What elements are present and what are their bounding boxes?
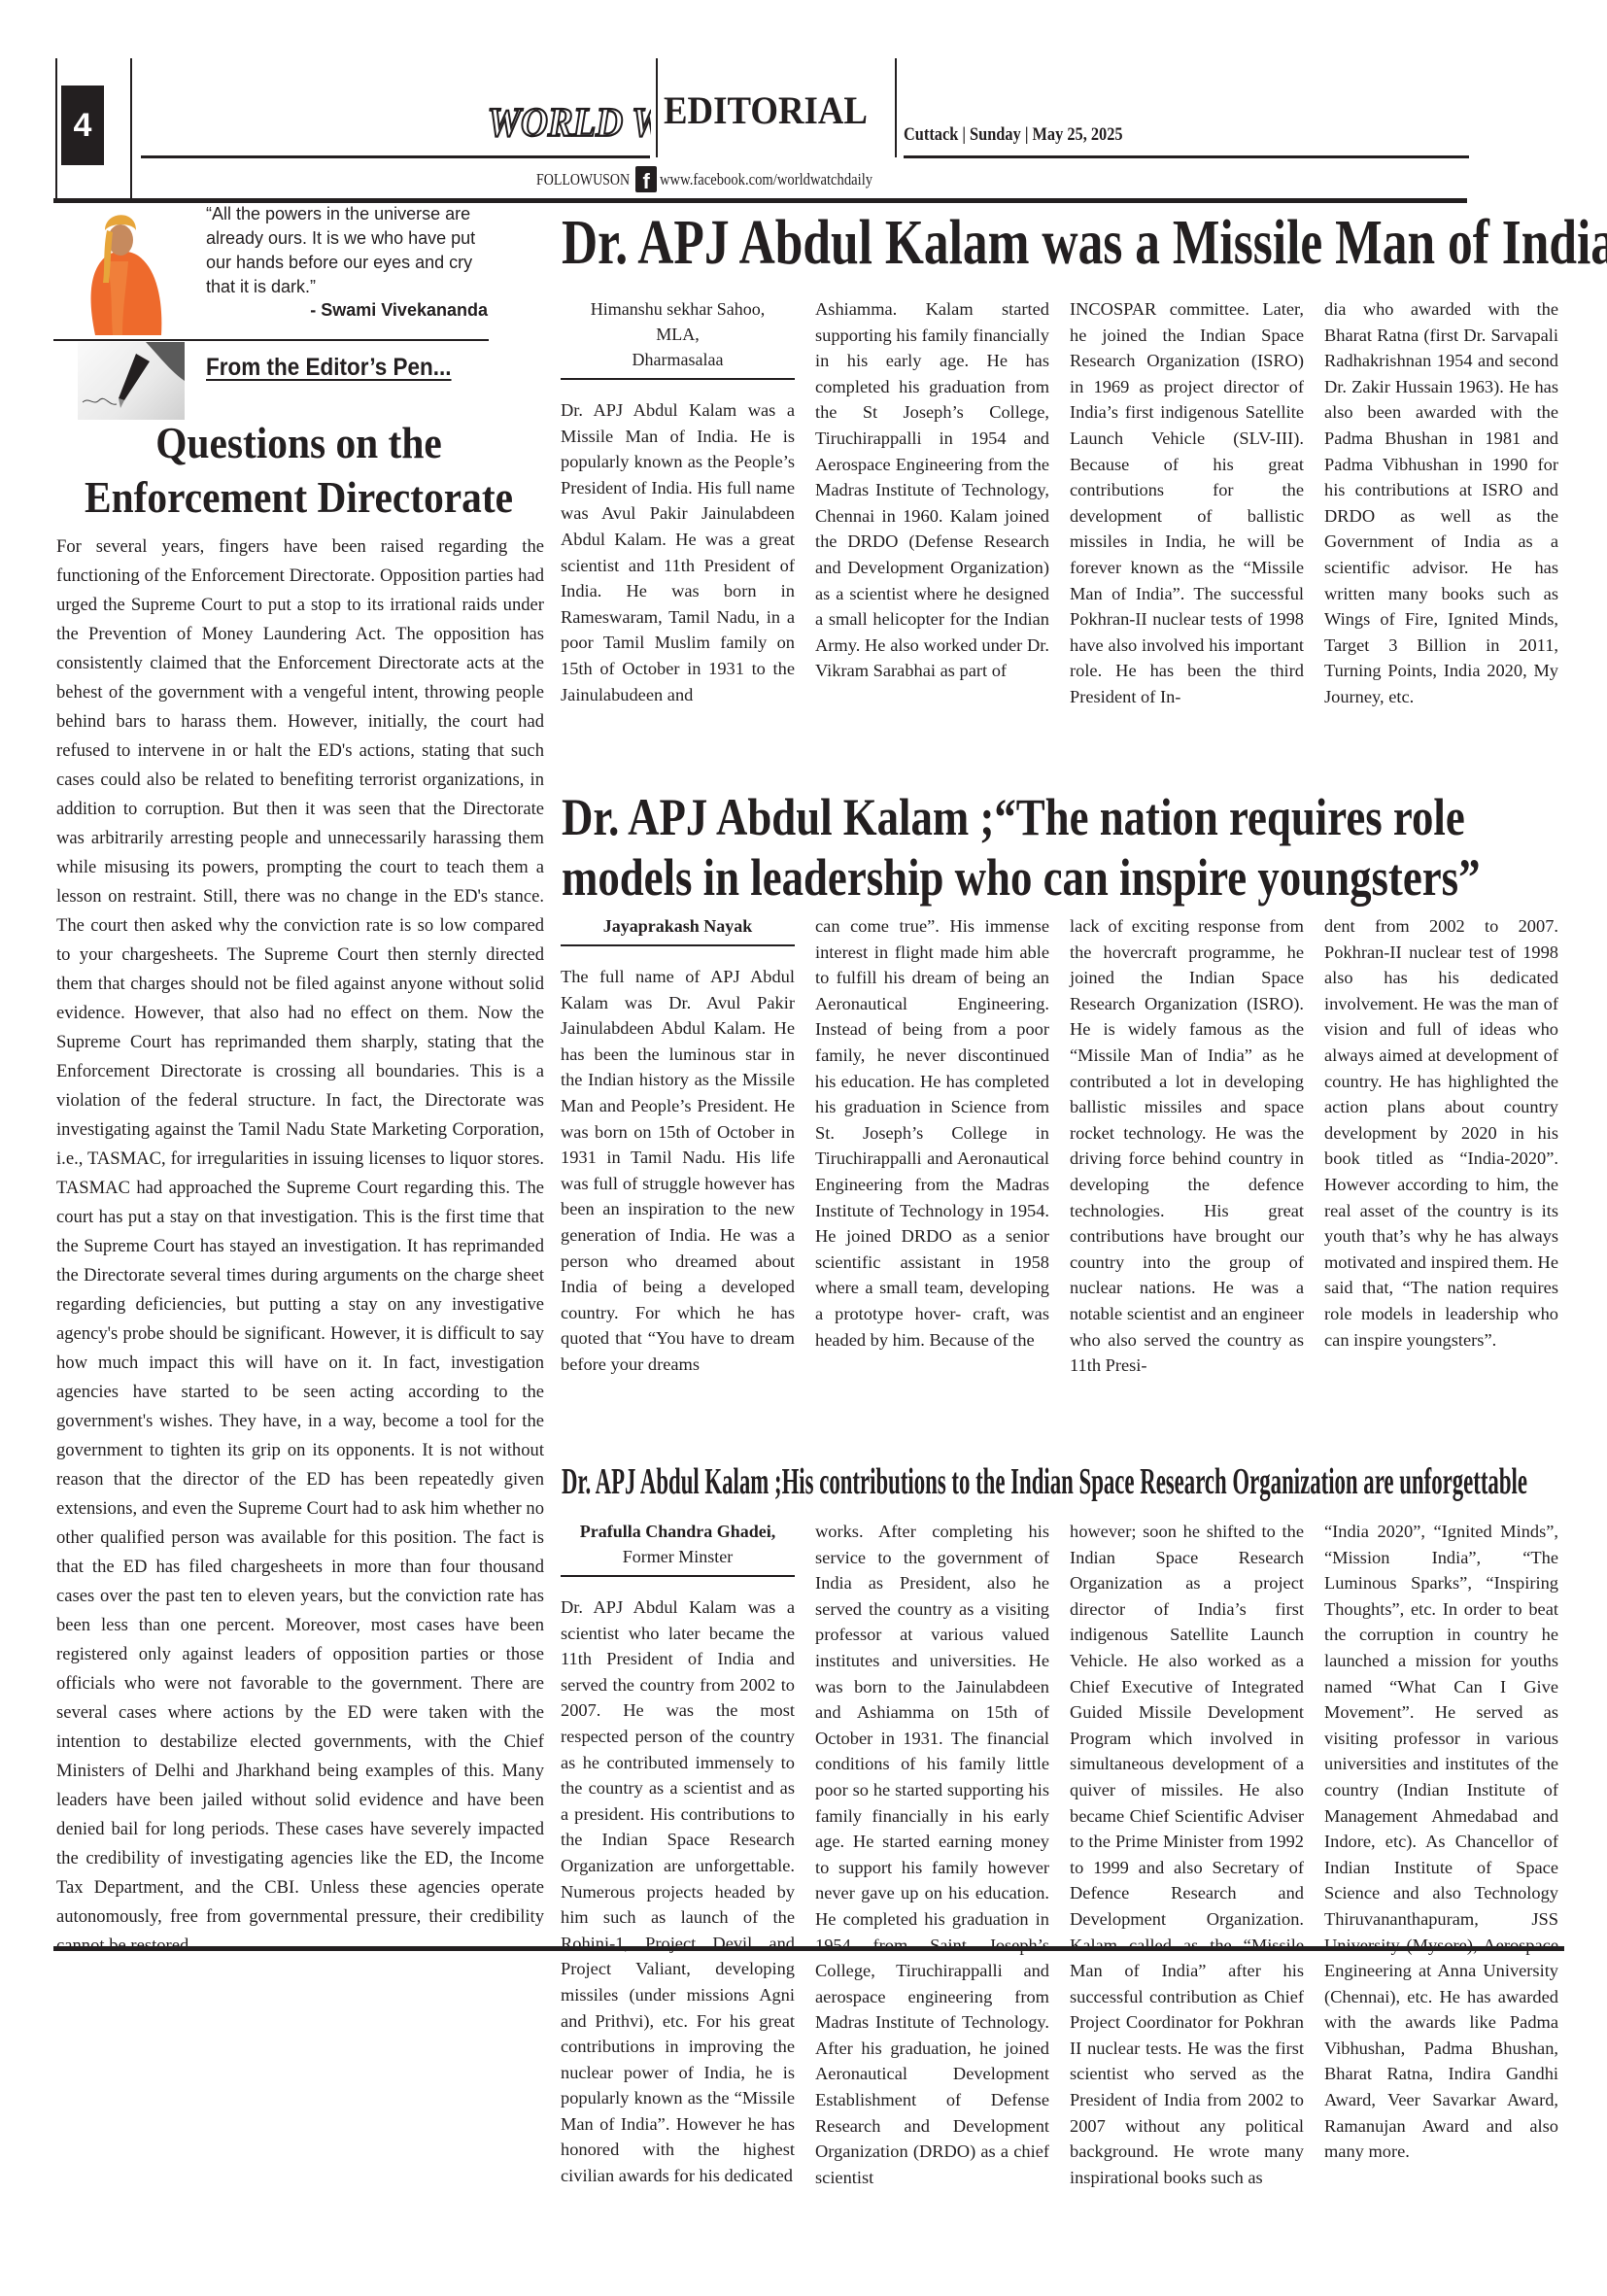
article-2-headline: Dr. APJ Abdul Kalam ;“The nation require… bbox=[562, 787, 1480, 908]
facebook-icon[interactable]: f bbox=[635, 166, 657, 192]
header-rule-right bbox=[904, 155, 1469, 158]
article-1-column-2: Ashiamma. Kalam started supporting his f… bbox=[815, 296, 1049, 710]
svg-text:WORLD WATCH: WORLD WATCH bbox=[488, 100, 651, 146]
editorial-title: Questions on the Enforcement Directorate bbox=[78, 416, 520, 525]
byline-name: Jayaprakash Nayak bbox=[561, 913, 795, 939]
byline-role: Former Minster bbox=[561, 1544, 795, 1569]
column-text: Dr. APJ Abdul Kalam was a scientist who … bbox=[561, 1594, 795, 2189]
column-text: Dr. APJ Abdul Kalam was a Missile Man of… bbox=[561, 397, 795, 707]
article-2-column-1: Jayaprakash Nayak The full name of APJ A… bbox=[561, 913, 795, 1379]
byline-name: Himanshu sekhar Sahoo, bbox=[561, 296, 795, 322]
bottom-rule bbox=[53, 1946, 1564, 1951]
article-3-byline: Prafulla Chandra Ghadei, Former Minster bbox=[561, 1519, 795, 1577]
follow-url[interactable]: www.facebook.com/worldwatchdaily bbox=[660, 170, 872, 189]
follow-label: FOLLOWUSON bbox=[536, 170, 630, 189]
quote-rule bbox=[53, 339, 489, 341]
page-frame-left-line bbox=[55, 58, 57, 202]
article-2-column-2: can come true”. His immense interest in … bbox=[815, 913, 1049, 1379]
page-frame-inner-line bbox=[130, 58, 132, 202]
fountain-pen-icon bbox=[78, 342, 185, 420]
article-3-column-2: works. After completing his service to t… bbox=[815, 1519, 1049, 2190]
headline-line-1: Dr. APJ Abdul Kalam ;“The nation require… bbox=[562, 787, 1480, 847]
portrait-icon bbox=[68, 201, 169, 335]
page-number: 4 bbox=[61, 86, 104, 165]
article-3-column-1: Prafulla Chandra Ghadei, Former Minster … bbox=[561, 1519, 795, 2190]
article-3-column-4: “India 2020”, “Ignited Minds”, “Mission … bbox=[1324, 1519, 1558, 2190]
article-1-byline: Himanshu sekhar Sahoo, MLA, Dharmasalaa bbox=[561, 296, 795, 380]
quote-text: “All the powers in the universe are alre… bbox=[206, 202, 488, 299]
article-1-columns: Himanshu sekhar Sahoo, MLA, Dharmasalaa … bbox=[561, 296, 1561, 710]
header-rule-left bbox=[141, 155, 650, 158]
swami-vivekananda-portrait bbox=[68, 201, 169, 335]
logo-divider-left bbox=[656, 58, 658, 157]
quote-author: - Swami Vivekananda bbox=[206, 300, 488, 321]
article-1-column-4: dia who awarded with the Bharat Ratna (f… bbox=[1324, 296, 1558, 710]
pen-writing-image bbox=[78, 342, 185, 420]
article-1-column-3: INCOSPAR committee. Later, he joined the… bbox=[1070, 296, 1304, 710]
column-text: The full name of APJ Abdul Kalam was Dr.… bbox=[561, 964, 795, 1378]
editor-pen-label: From the Editor’s Pen... bbox=[206, 354, 452, 382]
article-2-columns: Jayaprakash Nayak The full name of APJ A… bbox=[561, 913, 1561, 1379]
article-2-column-3: lack of exciting response from the hover… bbox=[1070, 913, 1304, 1379]
section-title: EDITORIAL bbox=[664, 87, 868, 133]
article-2-column-4: dent from 2002 to 2007. Pokhran-II nucle… bbox=[1324, 913, 1558, 1379]
article-3-headline: Dr. APJ Abdul Kalam ;His contributions t… bbox=[562, 1457, 1527, 1506]
byline-place: Dharmasalaa bbox=[561, 347, 795, 372]
dateline: Cuttack | Sunday | May 25, 2025 bbox=[904, 124, 1123, 146]
logo: WORLD WATCH bbox=[484, 86, 651, 155]
editorial-body: For several years, fingers have been rai… bbox=[56, 532, 544, 1961]
byline-role: MLA, bbox=[561, 322, 795, 347]
article-2-byline: Jayaprakash Nayak bbox=[561, 913, 795, 946]
article-3-column-3: however; soon he shifted to the Indian S… bbox=[1070, 1519, 1304, 2190]
article-1-headline: Dr. APJ Abdul Kalam was a Missile Man of… bbox=[562, 204, 1607, 282]
logo-divider-right bbox=[895, 58, 897, 157]
article-1-column-1: Himanshu sekhar Sahoo, MLA, Dharmasalaa … bbox=[561, 296, 795, 710]
world-watch-logo-icon: WORLD WATCH bbox=[484, 86, 651, 155]
article-3-columns: Prafulla Chandra Ghadei, Former Minster … bbox=[561, 1519, 1561, 2190]
byline-name: Prafulla Chandra Ghadei, bbox=[561, 1519, 795, 1544]
follow-us[interactable]: FOLLOWUSON f www.facebook.com/worldwatch… bbox=[536, 166, 907, 192]
headline-line-2: models in leadership who can inspire you… bbox=[562, 847, 1480, 908]
